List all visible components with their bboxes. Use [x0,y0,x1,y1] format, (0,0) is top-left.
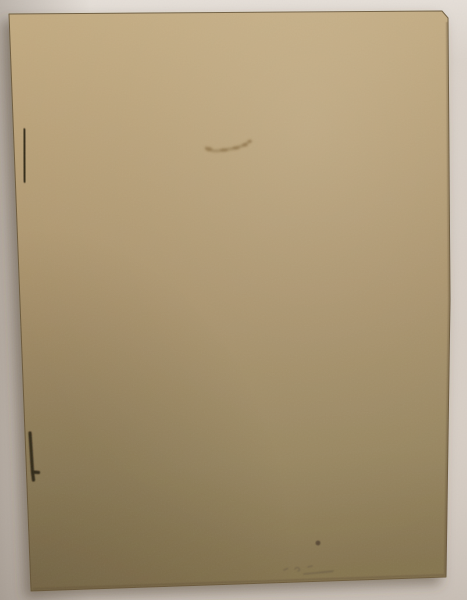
booklet-photo [0,0,467,600]
film-grain-overlay [0,0,467,600]
photo-of-stapled-booklet [0,0,467,600]
